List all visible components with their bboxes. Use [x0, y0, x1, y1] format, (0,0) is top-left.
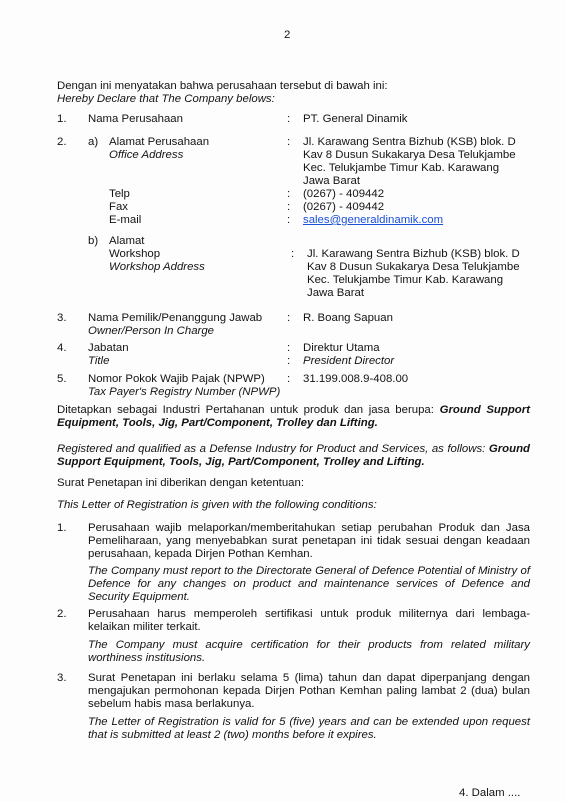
continuation-marker: 4. Dalam .... — [459, 787, 520, 800]
intro-id: Dengan ini menyatakan bahwa perusahaan t… — [57, 80, 388, 93]
item-label: Jabatan — [88, 342, 129, 355]
item-value: 31.199.008.9-408.00 — [303, 373, 408, 386]
condition-text-id: Perusahaan wajib melaporkan/memberitahuk… — [88, 522, 530, 562]
item-number: 5. — [57, 373, 67, 386]
colon: : — [287, 373, 290, 386]
item-label-en: Title — [88, 355, 109, 368]
address-line: Kav 8 Dusun Sukakarya Desa Telukjambe — [307, 261, 520, 274]
sub-marker: a) — [88, 136, 98, 149]
item-value-en: President Director — [303, 355, 394, 368]
item-label-en: Workshop Address — [109, 261, 205, 274]
fax-value: (0267) - 409442 — [303, 201, 384, 214]
colon: : — [287, 188, 290, 201]
address-line: Kav 8 Dusun Sukakarya Desa Telukjambe — [303, 149, 516, 162]
item-label-en: Owner/Person In Charge — [88, 325, 214, 338]
condition-text-en: The Company must acquire certification f… — [88, 639, 530, 665]
address-line: Kec. Telukjambe Timur Kab. Karawang — [307, 274, 503, 287]
item-number: 1. — [57, 113, 67, 126]
item-value: Direktur Utama — [303, 342, 380, 355]
email-link[interactable]: sales@generaldinamik.com — [303, 214, 443, 227]
item-value: R. Boang Sapuan — [303, 312, 393, 325]
colon: : — [287, 355, 290, 368]
colon: : — [287, 214, 290, 227]
telp-value: (0267) - 409442 — [303, 188, 384, 201]
colon: : — [287, 113, 290, 126]
colon: : — [291, 248, 294, 261]
item-number: 4. — [57, 342, 67, 355]
condition-text-id: Perusahaan harus memperoleh sertifikasi … — [88, 608, 530, 634]
address-line: Jl. Karawang Sentra Bizhub (KSB) blok. D — [303, 136, 516, 149]
condition-number: 3. — [57, 672, 67, 685]
condition-number: 2. — [57, 608, 67, 621]
item-number: 3. — [57, 312, 67, 325]
colon: : — [287, 342, 290, 355]
condition-text-en: The Letter of Registration is valid for … — [88, 716, 530, 742]
condition-number: 1. — [57, 522, 67, 535]
address-line: Jawa Barat — [303, 175, 360, 188]
item-label: Alamat Perusahaan — [109, 136, 209, 149]
item-value: PT. General Dinamik — [303, 113, 407, 126]
address-line: Jl. Karawang Sentra Bizhub (KSB) blok. D — [307, 248, 520, 261]
item-label: Workshop — [109, 248, 160, 261]
item-label: Alamat — [109, 235, 144, 248]
designation-id-text: Ditetapkan sebagai Industri Pertahanan u… — [57, 404, 434, 416]
designation-en-text: Registered and qualified as a Defense In… — [57, 443, 485, 455]
conditions-intro-id: Surat Penetapan ini diberikan dengan ket… — [57, 477, 304, 490]
address-line: Jawa Barat — [307, 287, 364, 300]
fax-label: Fax — [109, 201, 128, 214]
telp-label: Telp — [109, 188, 130, 201]
item-label: Nama Perusahaan — [88, 113, 183, 126]
item-label: Nama Pemilik/Penanggung Jawab — [88, 312, 262, 325]
designation-en: Registered and qualified as a Defense In… — [57, 443, 530, 469]
condition-text-en: The Company must report to the Directora… — [88, 565, 530, 605]
item-label: Nomor Pokok Wajib Pajak (NPWP) — [88, 373, 265, 386]
sub-marker: b) — [88, 235, 98, 248]
conditions-intro-en: This Letter of Registration is given wit… — [57, 499, 377, 512]
colon: : — [287, 136, 290, 149]
email-label: E-mail — [109, 214, 141, 227]
designation-id: Ditetapkan sebagai Industri Pertahanan u… — [57, 404, 530, 430]
intro-en: Hereby Declare that The Company belows: — [57, 93, 275, 106]
condition-text-id: Surat Penetapan ini berlaku selama 5 (li… — [88, 672, 530, 712]
colon: : — [287, 201, 290, 214]
item-number: 2. — [57, 136, 67, 149]
item-label-en: Tax Payer's Registry Number (NPWP) — [88, 386, 280, 399]
colon: : — [287, 312, 290, 325]
item-label-en: Office Address — [109, 149, 183, 162]
address-line: Kec. Telukjambe Timur Kab. Karawang — [303, 162, 499, 175]
page-number: 2 — [284, 29, 290, 42]
